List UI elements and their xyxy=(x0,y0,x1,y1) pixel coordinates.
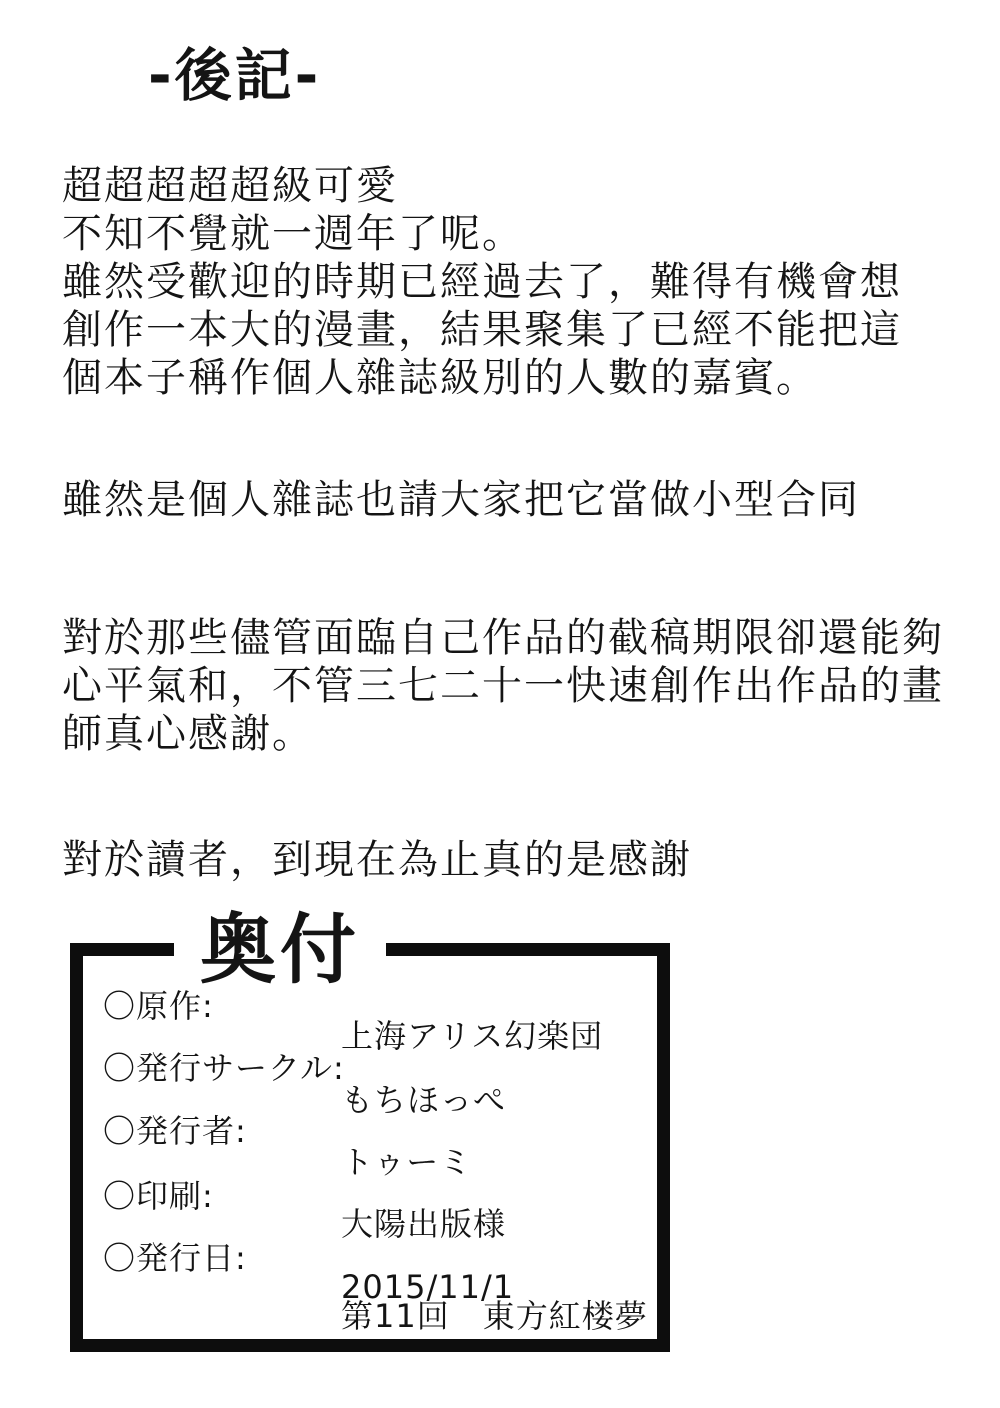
paragraph-line: 對於那些儘管面臨自己作品的截稿期限卻還能夠 xyxy=(62,614,944,662)
colophon-label-publisher: 〇発行者: xyxy=(103,1111,247,1151)
paragraph-line: 雖然是個人雜誌也請大家把它當做小型合同 xyxy=(62,476,860,524)
colophon-value-printer: 大陽出版様 xyxy=(341,1204,506,1244)
colophon-label-printer: 〇印刷: xyxy=(103,1176,214,1216)
colophon-value-circle: もちほっぺ xyxy=(341,1080,506,1120)
colophon-value-event: 第11回 東方紅楼夢 xyxy=(341,1296,648,1336)
paragraph-line: 雖然受歡迎的時期已經過去了，難得有機會想 xyxy=(62,258,902,306)
colophon-value-original-work: 上海アリス幻楽団 xyxy=(341,1016,603,1056)
paragraph-intro: 超超超超超級可愛 不知不覺就一週年了呢。 xyxy=(62,162,524,258)
paragraph-line: 個本子稱作個人雜誌級別的人數的嘉賓。 xyxy=(62,354,902,402)
paragraph-readers-thanks: 對於讀者，到現在為止真的是感謝 xyxy=(62,836,692,884)
colophon-box: 奥付 〇原作: 上海アリス幻楽団 〇発行サークル: もちほっぺ 〇発行者: トゥ… xyxy=(70,943,670,1352)
paragraph-line: 師真心感謝。 xyxy=(62,710,944,758)
paragraph-line: 對於讀者，到現在為止真的是感謝 xyxy=(62,836,692,884)
paragraph-line: 超超超超超級可愛 xyxy=(62,162,524,210)
colophon-title: 奥付 xyxy=(174,910,386,990)
page-title: -後記- xyxy=(148,44,321,110)
colophon-label-publication-date: 〇発行日: xyxy=(103,1238,247,1278)
paragraph-zine-note: 雖然是個人雜誌也請大家把它當做小型合同 xyxy=(62,476,860,524)
colophon-label-circle: 〇発行サークル: xyxy=(103,1048,345,1088)
paragraph-line: 不知不覺就一週年了呢。 xyxy=(62,210,524,258)
paragraph-line: 心平氣和，不管三七二十一快速創作出作品的畫 xyxy=(62,662,944,710)
paragraph-artists-thanks: 對於那些儘管面臨自己作品的截稿期限卻還能夠 心平氣和，不管三七二十一快速創作出作… xyxy=(62,614,944,758)
paragraph-line: 創作一本大的漫畫，結果聚集了已經不能把這 xyxy=(62,306,902,354)
paragraph-guests: 雖然受歡迎的時期已經過去了，難得有機會想 創作一本大的漫畫，結果聚集了已經不能把… xyxy=(62,258,902,402)
colophon-value-publisher: トゥーミ xyxy=(341,1142,472,1182)
colophon-label-original-work: 〇原作: xyxy=(103,986,214,1026)
afterword-page: -後記- 超超超超超級可愛 不知不覺就一週年了呢。 雖然受歡迎的時期已經過去了，… xyxy=(0,0,1000,1408)
